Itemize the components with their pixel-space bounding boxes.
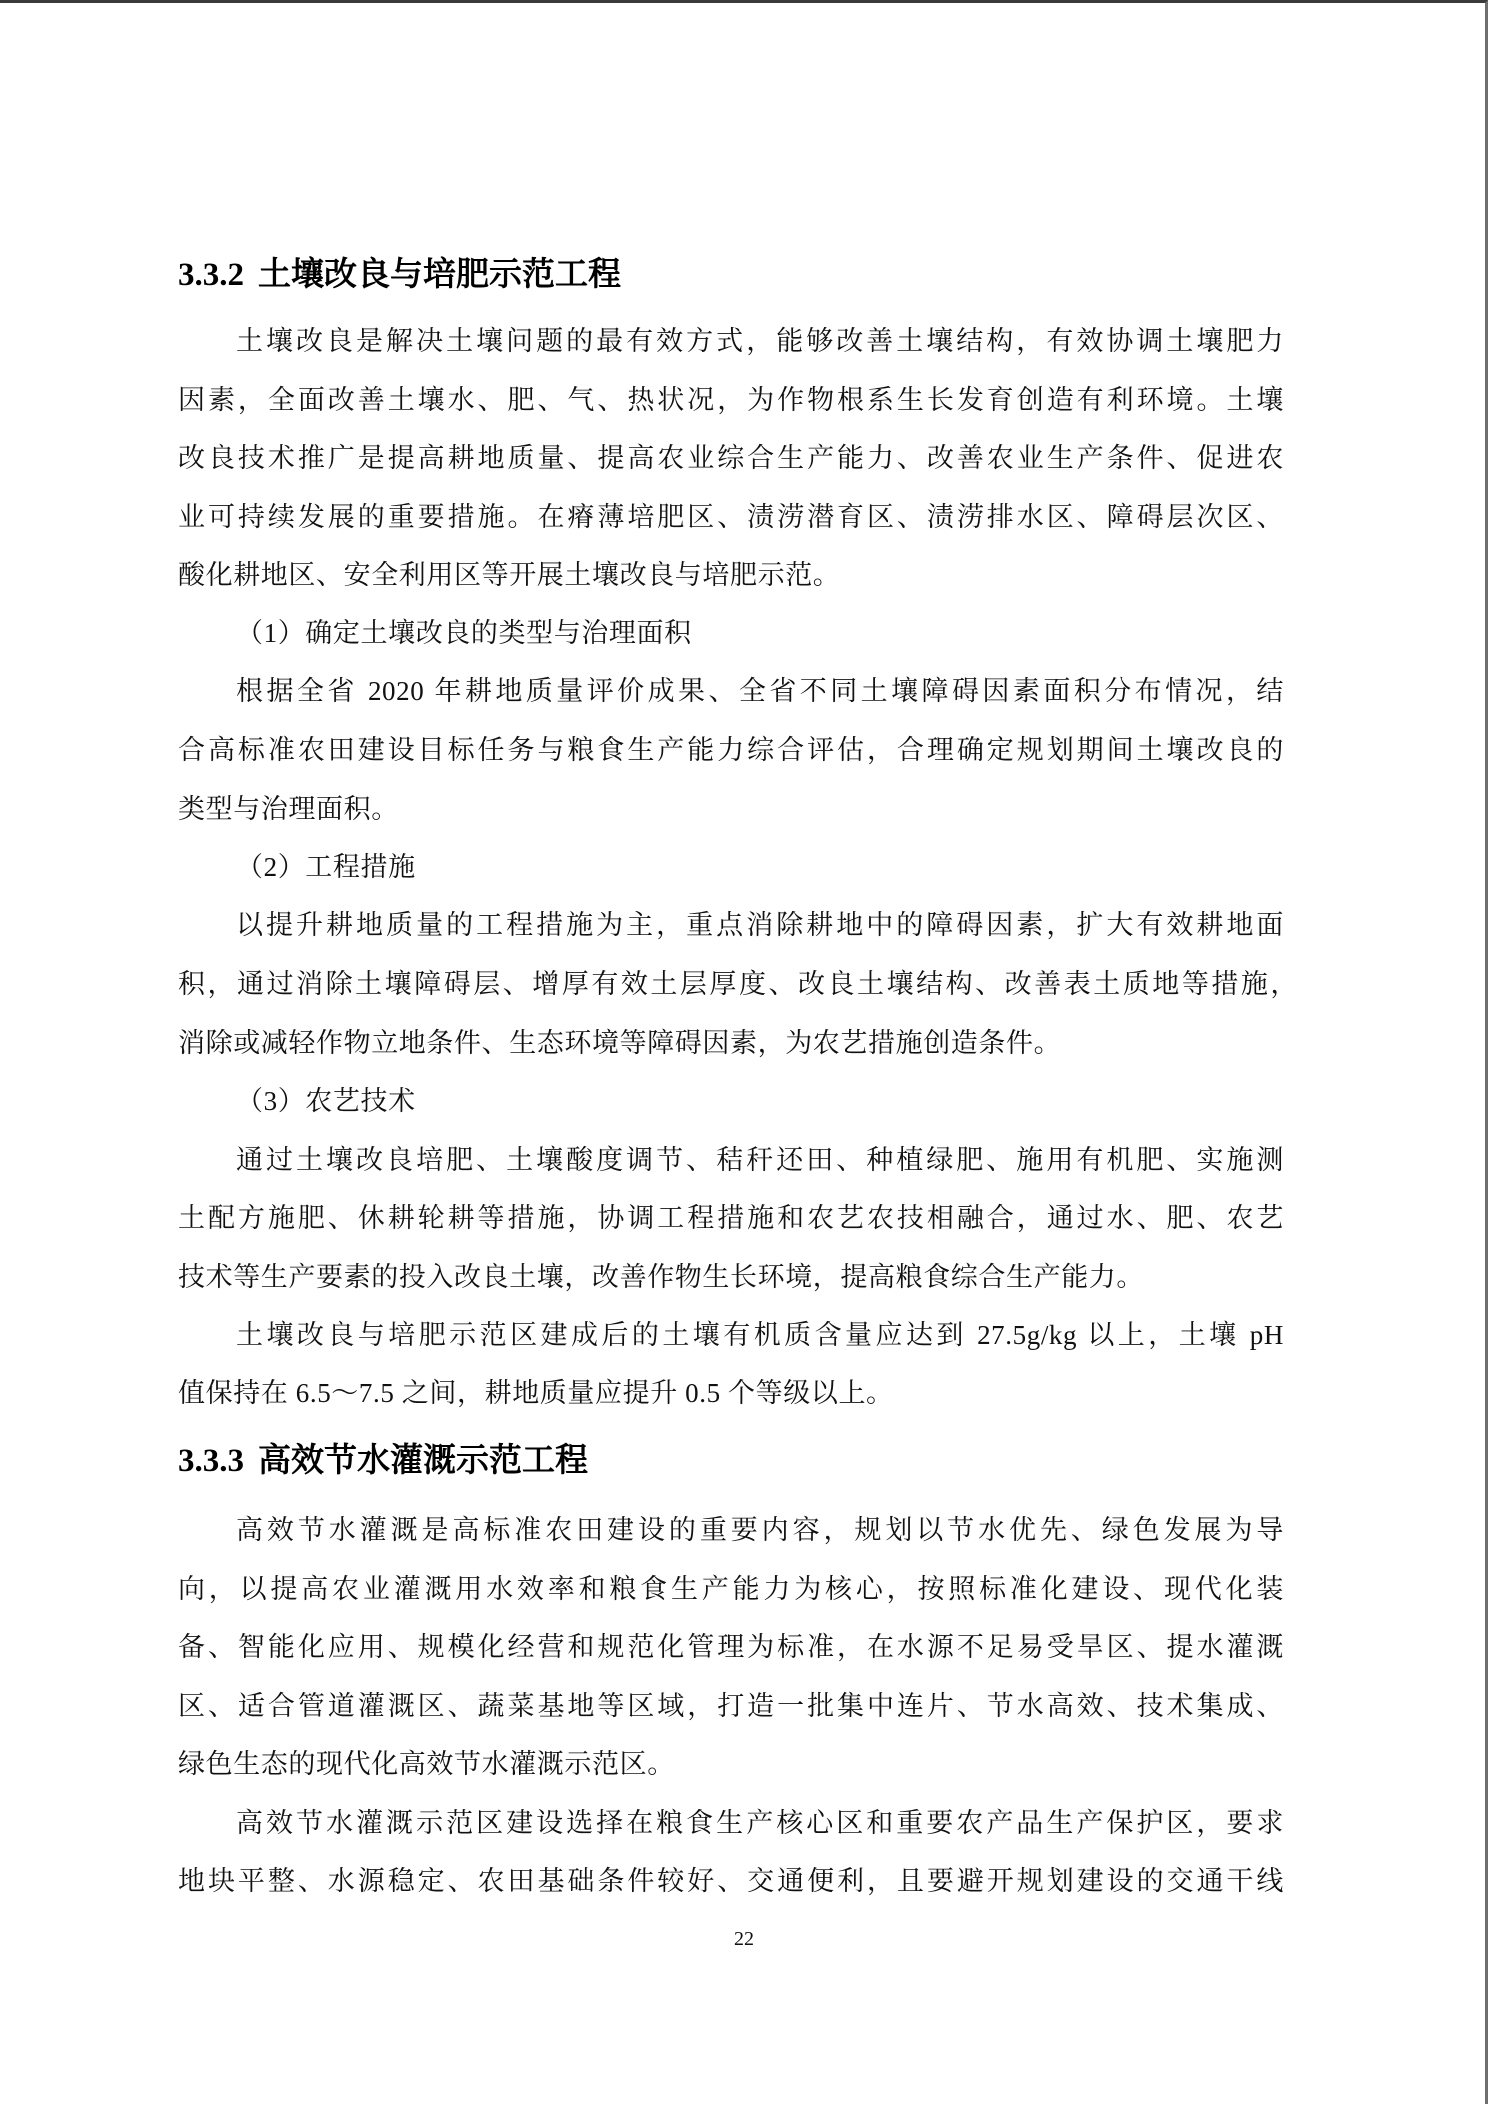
document-page: 3.3.2土壤改良与培肥示范工程 土壤改良是解决土壤问题的最有效方式，能够改善土… <box>0 0 1488 2104</box>
paragraph-line: 业可持续发展的重要措施。在瘠薄培肥区、渍涝潜育区、渍涝排水区、障碍层次区、 <box>178 499 1284 535</box>
paragraph-line: 高效节水灌溉是高标准农田建设的重要内容，规划以节水优先、绿色发展为导 <box>236 1512 1284 1548</box>
section-title: 土壤改良与培肥示范工程 <box>258 257 621 293</box>
paragraph-line: 以提升耕地质量的工程措施为主，重点消除耕地中的障碍因素，扩大有效耕地面 <box>236 907 1284 943</box>
paragraph-line: 合高标准农田建设目标任务与粮食生产能力综合评估，合理确定规划期间土壤改良的 <box>178 732 1284 768</box>
subheading-item-2: （2）工程措施 <box>236 849 1284 885</box>
paragraph-line: 技术等生产要素的投入改良土壤，改善作物生长环境，提高粮食综合生产能力。 <box>178 1259 1284 1295</box>
subheading-item-3: （3）农艺技术 <box>236 1083 1284 1119</box>
paragraph-line: 酸化耕地区、安全利用区等开展土壤改良与培肥示范。 <box>178 557 1284 593</box>
paragraph-line: 根据全省 2020 年耕地质量评价成果、全省不同土壤障碍因素面积分布情况，结 <box>236 673 1284 709</box>
paragraph-line: 积，通过消除土壤障碍层、增厚有效土层厚度、改良土壤结构、改善表土质地等措施， <box>178 966 1298 1002</box>
section-number: 3.3.2 <box>178 257 244 293</box>
section-heading-3-3-2: 3.3.2土壤改良与培肥示范工程 <box>178 255 621 295</box>
section-heading-3-3-3: 3.3.3高效节水灌溉示范工程 <box>178 1441 588 1481</box>
paragraph-line: 区、适合管道灌溉区、蔬菜基地等区域，打造一批集中连片、节水高效、技术集成、 <box>178 1688 1284 1724</box>
section-number: 3.3.3 <box>178 1443 244 1479</box>
paragraph-line: 通过土壤改良培肥、土壤酸度调节、秸秆还田、种植绿肥、施用有机肥、实施测 <box>236 1142 1284 1178</box>
paragraph-line: 高效节水灌溉示范区建设选择在粮食生产核心区和重要农产品生产保护区，要求 <box>236 1805 1284 1841</box>
paragraph-line: 消除或减轻作物立地条件、生态环境等障碍因素，为农艺措施创造条件。 <box>178 1025 1284 1061</box>
section-title: 高效节水灌溉示范工程 <box>258 1443 588 1479</box>
paragraph-line: 类型与治理面积。 <box>178 791 1284 827</box>
subheading-item-1: （1）确定土壤改良的类型与治理面积 <box>236 615 1284 651</box>
paragraph-line: 土壤改良是解决土壤问题的最有效方式，能够改善土壤结构，有效协调土壤肥力 <box>236 323 1284 359</box>
paragraph-line: 因素，全面改善土壤水、肥、气、热状况，为作物根系生长发育创造有利环境。土壤 <box>178 382 1284 418</box>
paragraph-line: 备、智能化应用、规模化经营和规范化管理为标准，在水源不足易受旱区、提水灌溉 <box>178 1629 1284 1665</box>
paragraph-line: 土壤改良与培肥示范区建成后的土壤有机质含量应达到 27.5g/kg 以上，土壤 … <box>236 1317 1284 1353</box>
paragraph-line: 向，以提高农业灌溉用水效率和粮食生产能力为核心，按照标准化建设、现代化装 <box>178 1571 1284 1607</box>
paragraph-line: 改良技术推广是提高耕地质量、提高农业综合生产能力、改善农业生产条件、促进农 <box>178 440 1284 476</box>
paragraph-line: 地块平整、水源稳定、农田基础条件较好、交通便利，且要避开规划建设的交通干线 <box>178 1863 1284 1899</box>
paragraph-line: 土配方施肥、休耕轮耕等措施，协调工程措施和农艺农技相融合，通过水、肥、农艺 <box>178 1200 1284 1236</box>
paragraph-line: 值保持在 6.5～7.5 之间，耕地质量应提升 0.5 个等级以上。 <box>178 1375 1284 1411</box>
page-number: 22 <box>0 1925 1488 1953</box>
paragraph-line: 绿色生态的现代化高效节水灌溉示范区。 <box>178 1746 1284 1782</box>
